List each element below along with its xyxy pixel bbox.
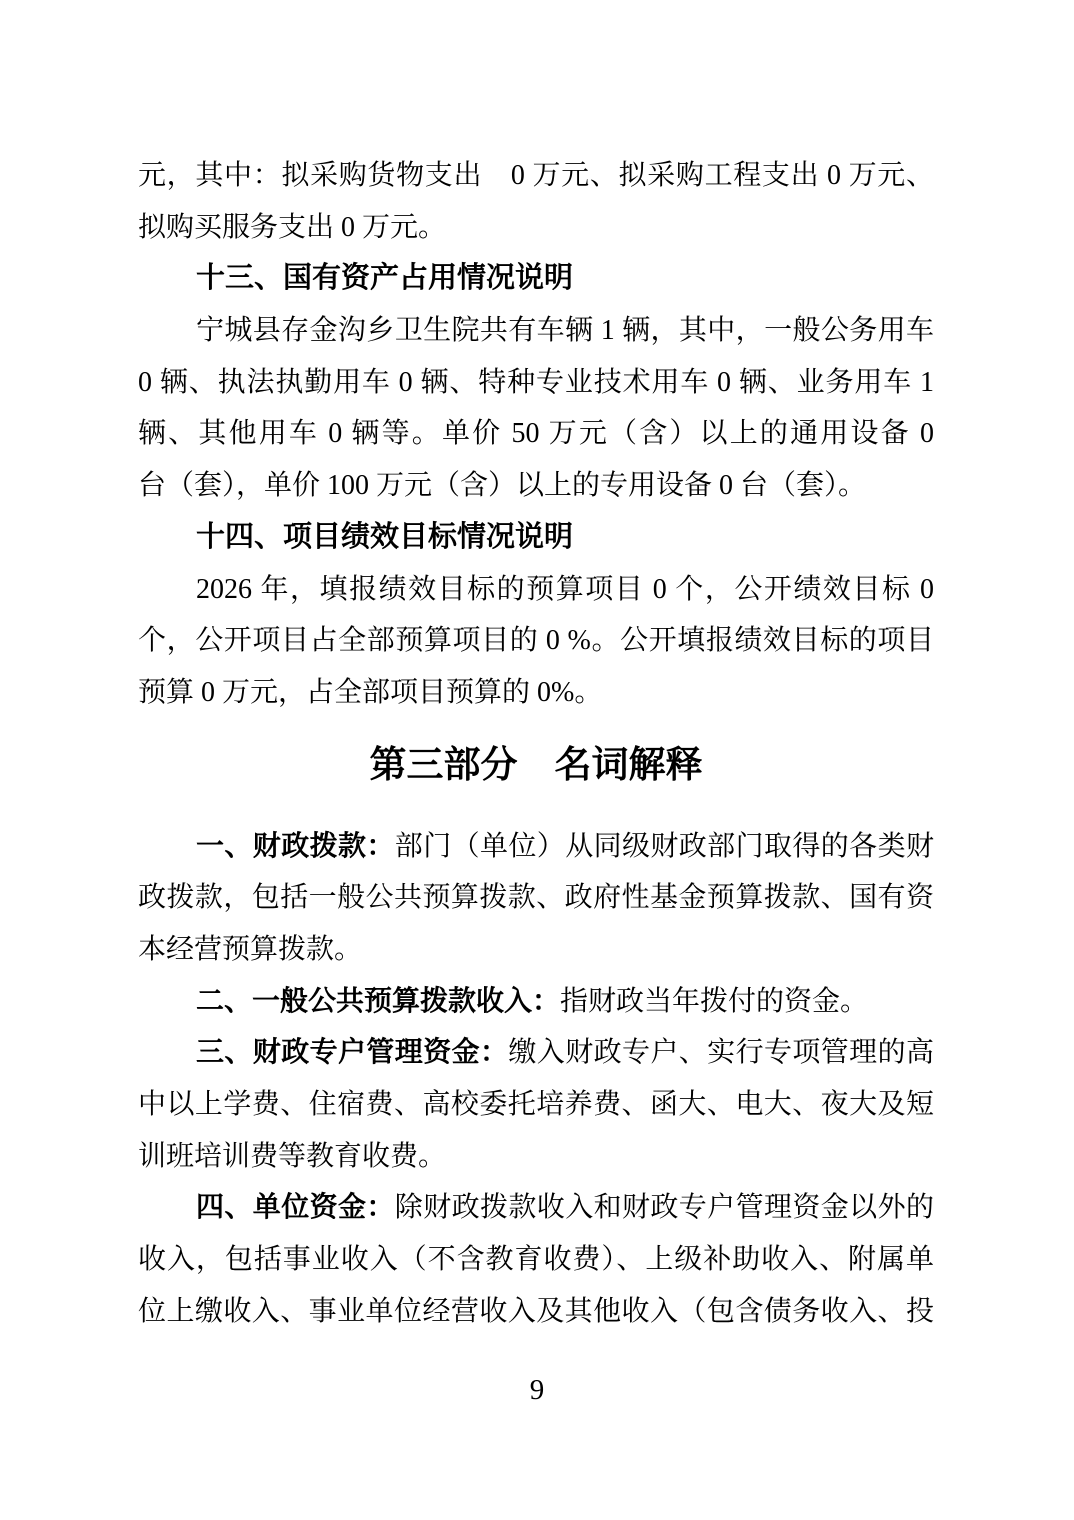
definition-fiscal-appropriation-line: 本经营预算拨款。 (138, 924, 934, 976)
performance-targets-line: 2026 年，填报绩效目标的预算项目 0 个，公开绩效目标 0 (138, 564, 934, 616)
procurement-note-line: 元，其中：拟采购货物支出 0 万元、拟采购工程支出 0 万元、 (138, 150, 934, 202)
definition-special-account-line: 中以上学费、住宿费、高校委托培养费、函大、电大、夜大及短 (138, 1079, 934, 1131)
definition-unit-funds-line: 收入，包括事业收入（不含教育收费）、上级补助收入、附属单 (138, 1234, 934, 1286)
document-page: 元，其中：拟采购货物支出 0 万元、拟采购工程支出 0 万元、 拟购买服务支出 … (0, 0, 1074, 1520)
definition-unit-funds-line: 四、单位资金：除财政拨款收入和财政专户管理资金以外的 (138, 1182, 934, 1234)
definition-body: 部门（单位）从同级财政部门取得的各类财 (395, 831, 934, 862)
state-assets-line: 辆、其他用车 0 辆等。单价 50 万元（含）以上的通用设备 0 (138, 408, 934, 460)
page-number: 9 (0, 1372, 1074, 1408)
definition-term: 三、财政专户管理资金： (196, 1037, 508, 1068)
definition-fiscal-appropriation-line: 一、财政拨款：部门（单位）从同级财政部门取得的各类财 (138, 821, 934, 873)
heading-state-assets: 十三、国有资产占用情况说明 (138, 253, 934, 305)
definition-general-budget-income-line: 二、一般公共预算拨款收入：指财政当年拨付的资金。 (138, 976, 934, 1028)
state-assets-line: 0 辆、执法执勤用车 0 辆、特种专业技术用车 0 辆、业务用车 1 (138, 357, 934, 409)
definition-body: 指财政当年拨付的资金。 (560, 986, 868, 1017)
state-assets-line: 宁城县存金沟乡卫生院共有车辆 1 辆，其中，一般公务用车 (138, 305, 934, 357)
definition-fiscal-appropriation-line: 政拨款，包括一般公共预算拨款、政府性基金预算拨款、国有资 (138, 872, 934, 924)
definition-term: 一、财政拨款： (196, 831, 395, 862)
definition-body: 除财政拨款收入和财政专户管理资金以外的 (395, 1192, 934, 1223)
heading-performance-targets: 十四、项目绩效目标情况说明 (138, 512, 934, 564)
part-three-title: 第三部分 名词解释 (138, 731, 934, 801)
performance-targets-line: 预算 0 万元，占全部项目预算的 0%。 (138, 667, 934, 719)
definition-unit-funds-line: 位上缴收入、事业单位经营收入及其他收入（包含债务收入、投 (138, 1286, 934, 1338)
state-assets-line: 台（套），单价 100 万元（含）以上的专用设备 0 台（套）。 (138, 460, 934, 512)
definition-body: 缴入财政专户、实行专项管理的高 (508, 1037, 934, 1068)
definition-special-account-line: 训班培训费等教育收费。 (138, 1131, 934, 1183)
definition-term: 二、一般公共预算拨款收入： (196, 986, 560, 1017)
definition-special-account-line: 三、财政专户管理资金：缴入财政专户、实行专项管理的高 (138, 1027, 934, 1079)
performance-targets-line: 个，公开项目占全部预算项目的 0 %。公开填报绩效目标的项目 (138, 615, 934, 667)
definition-term: 四、单位资金： (196, 1192, 395, 1223)
procurement-note-line: 拟购买服务支出 0 万元。 (138, 202, 934, 254)
content-area: 元，其中：拟采购货物支出 0 万元、拟采购工程支出 0 万元、 拟购买服务支出 … (138, 150, 934, 1337)
